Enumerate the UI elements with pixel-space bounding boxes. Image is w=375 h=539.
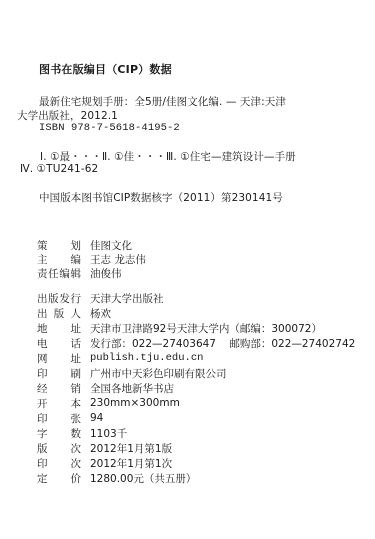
pub-value: 全国各地新华书店	[90, 381, 174, 396]
label-char: 数	[71, 426, 82, 441]
label-char: 出	[37, 306, 48, 321]
pub-value: 1280.00元（共五册）	[90, 471, 196, 486]
pub-value: 天津大学出版社	[90, 291, 164, 306]
label-char: 编	[59, 266, 70, 281]
pub-value: 230mm×300mm	[90, 397, 180, 409]
pub-value: 杨欢	[90, 306, 111, 321]
credit-value: 油俊伟	[90, 266, 122, 281]
pub-row-publisher-person: 出 版 人 杨欢	[37, 306, 111, 320]
cip-classification-code: Ⅳ. ①TU241-62	[20, 163, 98, 175]
label-char: 印	[37, 456, 48, 471]
pub-row-website: 网 址 publish.tju.edu.cn	[37, 351, 203, 365]
pub-label: 电 话	[37, 336, 81, 351]
pub-row-publisher: 出 版 发 行 天津大学出版社	[37, 291, 164, 305]
label-char: 销	[71, 381, 82, 396]
pub-value: 94	[90, 412, 103, 424]
label-char: 网	[37, 351, 48, 366]
pub-label: 经 销	[37, 381, 81, 396]
credit-value: 佳图文化	[90, 238, 132, 253]
cip-verification-number: 中国版本图书馆CIP数据核字（2011）第230141号	[39, 190, 283, 205]
pub-label: 版 次	[37, 441, 81, 456]
label-char: 任	[48, 266, 59, 281]
pub-value: 天津市卫津路92号天津大学内（邮编：300072）	[90, 321, 322, 336]
cip-title: 图书在版编目（CIP）数据	[39, 61, 172, 77]
pub-value: 2012年1月第1版	[90, 441, 172, 456]
label-char: 版	[54, 306, 65, 321]
pub-value: 发行部：022—27403647 邮购部：022—27402742	[90, 336, 355, 351]
pub-value: publish.tju.edu.cn	[90, 352, 203, 364]
cip-publisher-line: 大学出版社，2012.1	[17, 108, 118, 123]
pub-label: 网 址	[37, 351, 81, 366]
pub-label: 印 张	[37, 411, 81, 426]
credit-label: 策 划	[37, 238, 81, 253]
label-char: 址	[71, 321, 82, 336]
label-char: 地	[37, 321, 48, 336]
label-char: 策	[37, 238, 48, 253]
credit-label: 责 任 编 辑	[37, 266, 81, 281]
pub-label: 出 版 发 行	[37, 291, 81, 306]
pub-value: 1103千	[90, 426, 127, 441]
label-char: 开	[37, 396, 48, 411]
credit-value: 王志 龙志伟	[90, 252, 146, 267]
label-char: 印	[37, 411, 48, 426]
pub-row-format: 开 本 230mm×300mm	[37, 396, 180, 410]
label-char: 次	[71, 456, 82, 471]
pub-row-word-count: 字 数 1103千	[37, 426, 127, 440]
label-char: 张	[71, 411, 82, 426]
label-char: 划	[71, 238, 82, 253]
label-char: 主	[37, 252, 48, 267]
label-char: 本	[71, 396, 82, 411]
label-char: 话	[71, 336, 82, 351]
label-char: 次	[71, 441, 82, 456]
pub-label: 定 价	[37, 471, 81, 486]
credit-label: 主 编	[37, 252, 81, 267]
label-char: 版	[37, 441, 48, 456]
cip-isbn: ISBN 978-7-5618-4195-2	[39, 122, 180, 134]
pub-label: 出 版 人	[37, 306, 81, 321]
credit-row-planning: 策 划 佳图文化	[37, 238, 132, 252]
pub-row-edition: 版 次 2012年1月第1版	[37, 441, 172, 455]
pub-value: 2012年1月第1次	[90, 456, 172, 471]
label-char: 定	[37, 471, 48, 486]
cip-classification-line: Ⅰ. ①最・・・Ⅱ. ①佳・・・Ⅲ. ①住宅—建筑设计—手册	[40, 149, 296, 164]
pub-value: 广州市中天彩色印刷有限公司	[90, 366, 227, 381]
pub-label: 地 址	[37, 321, 81, 336]
label-char: 人	[71, 306, 82, 321]
label-char: 出	[37, 291, 48, 306]
label-char: 发	[59, 291, 70, 306]
label-char: 字	[37, 426, 48, 441]
credit-row-chief-editor: 主 编 王志 龙志伟	[37, 252, 146, 266]
pub-row-price: 定 价 1280.00元（共五册）	[37, 471, 196, 485]
cip-book-title-line: 最新住宅规划手册：全5册/佳图文化编. — 天津:天津	[39, 94, 286, 109]
pub-label: 印 刷	[37, 366, 81, 381]
label-char: 价	[71, 471, 82, 486]
pub-label: 印 次	[37, 456, 81, 471]
pub-label: 开 本	[37, 396, 81, 411]
label-char: 电	[37, 336, 48, 351]
pub-label: 字 数	[37, 426, 81, 441]
pub-row-address: 地 址 天津市卫津路92号天津大学内（邮编：300072）	[37, 321, 322, 335]
label-char: 印	[37, 366, 48, 381]
label-char: 责	[37, 266, 48, 281]
label-char: 刷	[71, 366, 82, 381]
pub-row-distributor: 经 销 全国各地新华书店	[37, 381, 174, 395]
credit-row-responsible-editor: 责 任 编 辑 油俊伟	[37, 266, 122, 280]
pub-row-printing: 印 次 2012年1月第1次	[37, 456, 172, 470]
label-char: 经	[37, 381, 48, 396]
label-char: 址	[71, 351, 82, 366]
label-char: 版	[48, 291, 59, 306]
pub-row-printed-sheets: 印 张 94	[37, 411, 103, 425]
pub-row-phone: 电 话 发行部：022—27403647 邮购部：022—27402742	[37, 336, 355, 350]
label-char: 辑	[70, 266, 81, 281]
label-char: 编	[71, 252, 82, 267]
label-char: 行	[70, 291, 81, 306]
pub-row-printer: 印 刷 广州市中天彩色印刷有限公司	[37, 366, 227, 380]
